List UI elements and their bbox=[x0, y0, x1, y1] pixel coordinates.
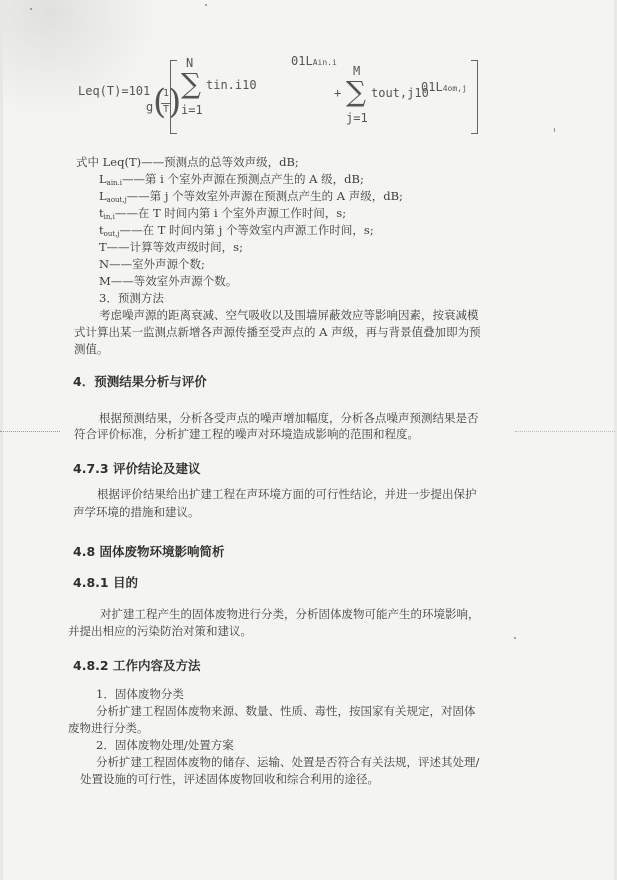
def-subscript: out,j bbox=[104, 230, 120, 238]
sum1-lower: i=1 bbox=[181, 103, 203, 117]
paragraph-line: 声学环境的措施和建议。 bbox=[73, 505, 200, 520]
scanned-page: Leq(T)=101 g ( 1 T ) N ∑ tin.i10 i=1 01L… bbox=[0, 0, 617, 880]
def-text: ——第 j 个等效室外声源在预测点产生的 A 声级，dB; bbox=[127, 189, 403, 203]
section-heading: 4.8 固体废物环境影响简析 bbox=[73, 542, 225, 560]
def-subscript: aout,j bbox=[107, 196, 127, 204]
section-heading: 4.8.2 工作内容及方法 bbox=[73, 656, 200, 674]
definition-item: N——室外声源个数; bbox=[99, 257, 205, 272]
definitions-intro: 式中 Leq(T)——预测点的总等效声级，dB; bbox=[76, 155, 299, 170]
section-heading: 4.7.3 评价结论及建议 bbox=[73, 459, 200, 477]
section-heading: 4．预测结果分析与评价 bbox=[73, 372, 207, 390]
paragraph-line: 分析扩建工程固体废物来源、数量、性质、毒性，按国家有关规定，对固体 bbox=[96, 704, 476, 719]
def-symbol: M bbox=[99, 274, 111, 288]
scan-artifact-line bbox=[515, 431, 615, 432]
definition-item: M——等效室外声源个数。 bbox=[99, 274, 237, 289]
def-symbol: L bbox=[99, 189, 107, 203]
paragraph-line: 考虑噪声源的距离衰减、空气吸收以及围墙屏蔽效应等影响因素，按衰减模 bbox=[99, 308, 479, 323]
paragraph-line: 对扩建工程产生的固体废物进行分类，分析固体废物可能产生的环境影响， bbox=[100, 607, 480, 622]
paragraph-line: 式计算出某一监测点新增各声源传播至受声点的 A 声级，再与背景值叠加即为预 bbox=[74, 325, 481, 340]
def-text: ——计算等效声级时间，s; bbox=[107, 240, 243, 254]
paragraph-line: 废物进行分类。 bbox=[68, 721, 149, 736]
def-text: ——第 i 个室外声源在预测点产生的 A 级，dB; bbox=[122, 172, 364, 186]
section-heading: 4.8.1 目的 bbox=[73, 573, 138, 591]
paragraph-line: 并提出相应的污染防治对策和建议。 bbox=[68, 624, 252, 639]
exp2: 01L4om,j bbox=[421, 80, 467, 94]
exp1-sub: Ain.i bbox=[313, 58, 337, 67]
paragraph-line: 符合评价标准，分析扩建工程的噪声对环境造成影响的范围和程度。 bbox=[74, 427, 419, 442]
method-heading: 3．预测方法 bbox=[99, 291, 164, 306]
scan-edge-left bbox=[0, 0, 3, 880]
definition-item: T——计算等效声级时间，s; bbox=[99, 240, 243, 255]
def-symbol: N bbox=[99, 257, 109, 271]
sum1-term: tin.i10 bbox=[206, 78, 257, 92]
paragraph-line: 处置设施的可行性，评述固体废物回收和综合利用的途径。 bbox=[80, 772, 379, 787]
sigma-icon: ∑ bbox=[181, 70, 201, 98]
exp1: 01LAin.i bbox=[291, 54, 337, 68]
paragraph-line: 测值。 bbox=[74, 342, 109, 357]
bracket-left bbox=[170, 60, 177, 134]
formula-lhs: Leq(T)=101 bbox=[78, 84, 150, 98]
exp1-base: 01L bbox=[291, 54, 313, 68]
def-symbol: T bbox=[99, 240, 107, 254]
def-text: ——室外声源个数; bbox=[109, 257, 205, 271]
sigma-icon: ∑ bbox=[346, 78, 366, 106]
scan-speck bbox=[514, 637, 516, 639]
list-heading: 2．固体废物处理/处置方案 bbox=[96, 738, 234, 753]
def-symbol: L bbox=[99, 172, 107, 186]
scan-artifact-line bbox=[0, 431, 60, 432]
list-heading: 1．固体废物分类 bbox=[96, 687, 184, 702]
def-text: ——等效室外声源个数。 bbox=[111, 274, 238, 288]
exp2-sub: 4om,j bbox=[443, 84, 467, 93]
bracket-right bbox=[471, 60, 478, 134]
sum2-lower: j=1 bbox=[346, 111, 368, 125]
def-text: ——在 T 时间内第 j 个等效室内声源工作时间，s; bbox=[120, 223, 374, 237]
scan-speck bbox=[205, 4, 207, 6]
paragraph-line: 分析扩建工程固体废物的储存、运输、处置是否符合有关法规，评述其处理/ bbox=[96, 755, 479, 770]
def-subscript: ain.i bbox=[107, 179, 122, 187]
def-subscript: in,i bbox=[104, 213, 115, 221]
paragraph-line: 根据预测结果，分析各受声点的噪声增加幅度，分析各点噪声预测结果是否 bbox=[99, 411, 479, 426]
exp2-base: 01L bbox=[421, 80, 443, 94]
def-text: ——在 T 时间内第 i 个室外声源工作时间，s; bbox=[115, 206, 346, 220]
scan-speck bbox=[554, 128, 555, 132]
scan-speck bbox=[30, 8, 32, 10]
leq-formula: Leq(T)=101 g ( 1 T ) N ∑ tin.i10 i=1 01L… bbox=[78, 58, 498, 138]
paragraph-line: 根据评价结果给出扩建工程在声环境方面的可行性结论，并进一步提出保护 bbox=[97, 487, 477, 502]
plus-sign: + bbox=[334, 86, 341, 100]
